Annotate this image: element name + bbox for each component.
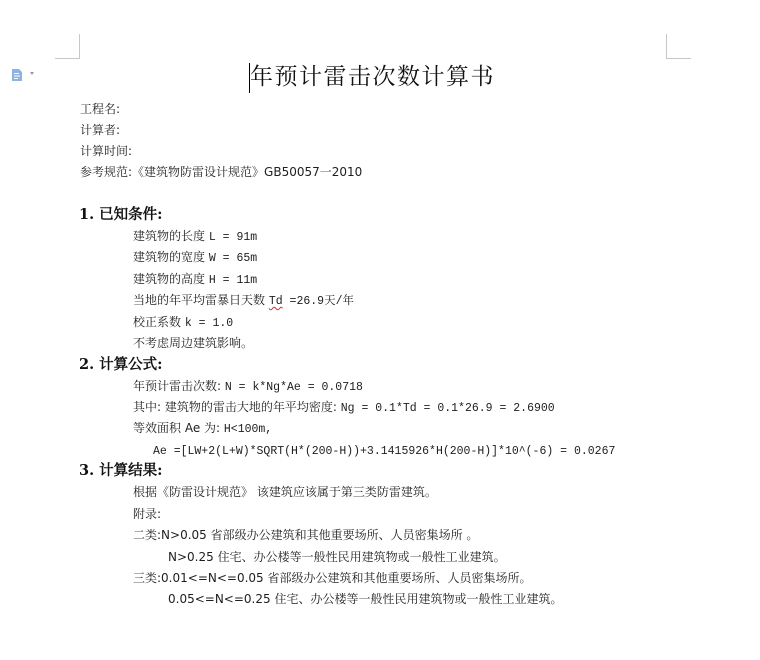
document-icon[interactable] [12, 69, 22, 81]
condition-width[interactable]: 建筑物的宽度 W = 65m [133, 249, 257, 267]
meta-label: 参考规范: [80, 165, 132, 179]
condition-height[interactable]: 建筑物的高度 H = 11m [133, 271, 257, 289]
result-conclusion[interactable]: 根据《防雷设计规范》 该建筑应该属于第三类防雷建筑。 [133, 484, 437, 500]
formula-ground-density[interactable]: 其中: 建筑物的雷击大地的年平均密度: Ng = 0.1*Td = 0.1*26… [133, 399, 555, 417]
line-formula: k = 1.0 [185, 317, 233, 330]
result-class2-line1[interactable]: 二类:N>0.05 省部级办公建筑和其他重要场所、人员密集场所 。 [133, 527, 478, 543]
line-formula: N = k*Ng*Ae = 0.0718 [225, 381, 363, 394]
document-title[interactable]: 年预计雷击次数计算书 [250, 62, 495, 92]
line-text: 建筑物的长度 [133, 229, 205, 243]
result-appendix-label[interactable]: 附录: [133, 506, 161, 522]
condition-length[interactable]: 建筑物的长度 L = 91m [133, 228, 257, 246]
meta-calc-time[interactable]: 计算时间: [80, 143, 132, 159]
meta-reference-standard[interactable]: 参考规范:《建筑物防雷设计规范》GB50057一2010 [80, 164, 362, 180]
meta-value: 《建筑物防雷设计规范》GB50057一2010 [132, 165, 362, 179]
line-formula: H<100m, [224, 423, 272, 436]
section-heading-known-conditions[interactable]: 1. 已知条件: [79, 206, 163, 224]
condition-surroundings[interactable]: 不考虑周边建筑影响。 [133, 335, 253, 351]
line-formula: L = 91m [209, 231, 257, 244]
line-text: 年预计雷击次数: [133, 379, 221, 393]
formula-equivalent-area[interactable]: Ae =[LW+2(L+W)*SQRT(H*(200-H))+3.1415926… [153, 442, 615, 460]
condition-correction-factor[interactable]: 校正系数 k = 1.0 [133, 314, 233, 332]
line-formula: =26.9天/年 [283, 295, 354, 308]
condition-thunderstorm-days[interactable]: 当地的年平均雷暴日天数 Td =26.9天/年 [133, 292, 354, 310]
meta-label: 工程名: [80, 102, 120, 116]
page-corner-mark-top-right [666, 34, 691, 59]
meta-project-name[interactable]: 工程名: [80, 101, 120, 117]
formula-annual-strikes[interactable]: 年预计雷击次数: N = k*Ng*Ae = 0.0718 [133, 378, 363, 396]
line-formula: Ae =[LW+2(L+W)*SQRT(H*(200-H))+3.1415926… [153, 445, 615, 458]
section-heading-results[interactable]: 3. 计算结果: [79, 462, 163, 480]
section-heading-formulas[interactable]: 2. 计算公式: [79, 356, 163, 374]
line-text: 等效面积 Ae 为: [133, 421, 220, 435]
line-text: 建筑物的宽度 [133, 250, 205, 264]
meta-label: 计算时间: [80, 144, 132, 158]
chevron-down-icon[interactable] [30, 72, 34, 75]
formula-equivalent-area-label[interactable]: 等效面积 Ae 为: H<100m, [133, 420, 272, 438]
meta-author[interactable]: 计算者: [80, 122, 120, 138]
result-class3-line2[interactable]: 0.05<=N<=0.25 住宅、办公楼等一般性民用建筑物或一般性工业建筑。 [168, 591, 562, 607]
result-class2-line2[interactable]: N>0.25 住宅、办公楼等一般性民用建筑物或一般性工业建筑。 [168, 549, 506, 565]
line-text: 校正系数 [133, 315, 181, 329]
line-symbol: Td [269, 295, 283, 308]
line-text: 其中: 建筑物的雷击大地的年平均密度: [133, 400, 337, 414]
line-formula: W = 65m [209, 252, 257, 265]
page-corner-mark-top-left [55, 34, 80, 59]
line-formula: H = 11m [209, 274, 257, 287]
result-class3-line1[interactable]: 三类:0.01<=N<=0.05 省部级办公建筑和其他重要场所、人员密集场所。 [133, 570, 532, 586]
meta-label: 计算者: [80, 123, 120, 137]
line-text: 建筑物的高度 [133, 272, 205, 286]
line-text: 不考虑周边建筑影响。 [133, 336, 253, 350]
line-formula: Ng = 0.1*Td = 0.1*26.9 = 2.6900 [341, 402, 555, 415]
line-text: 当地的年平均雷暴日天数 [133, 293, 265, 307]
